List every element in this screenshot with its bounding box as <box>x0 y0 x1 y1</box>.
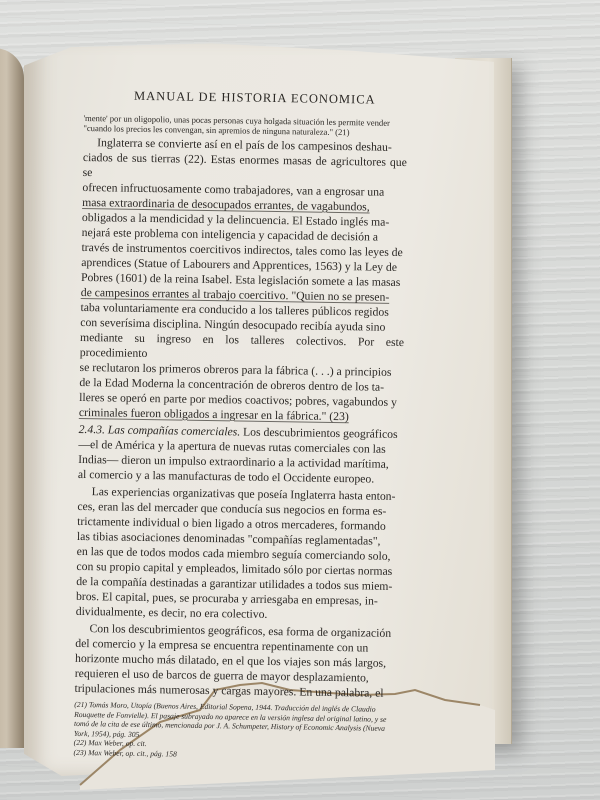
section-heading: 2.4.3. Las compañías comerciales. <box>79 423 241 439</box>
page-content: MANUAL DE HISTORIA ECONOMICA 'mente' por… <box>73 88 407 763</box>
paragraph-1: Inglaterra se convierte así en el país d… <box>79 135 407 425</box>
left-page-edge <box>0 48 24 748</box>
paragraph-3: Las experiencias organizativas que poseí… <box>76 484 402 624</box>
paragraph-2: 2.4.3. Las compañías comerciales. Los de… <box>78 422 403 487</box>
paragraph-4: Con los descubrimientos geográficos, esa… <box>74 621 399 701</box>
text-line: Los descubrimientos geográficos <box>240 425 398 440</box>
footnotes: (21) Tomás Moro, Utopía (Buenos Aires, E… <box>73 700 398 763</box>
carryover-quote: 'mente' por un oligopolio, unas pocas pe… <box>83 113 407 138</box>
